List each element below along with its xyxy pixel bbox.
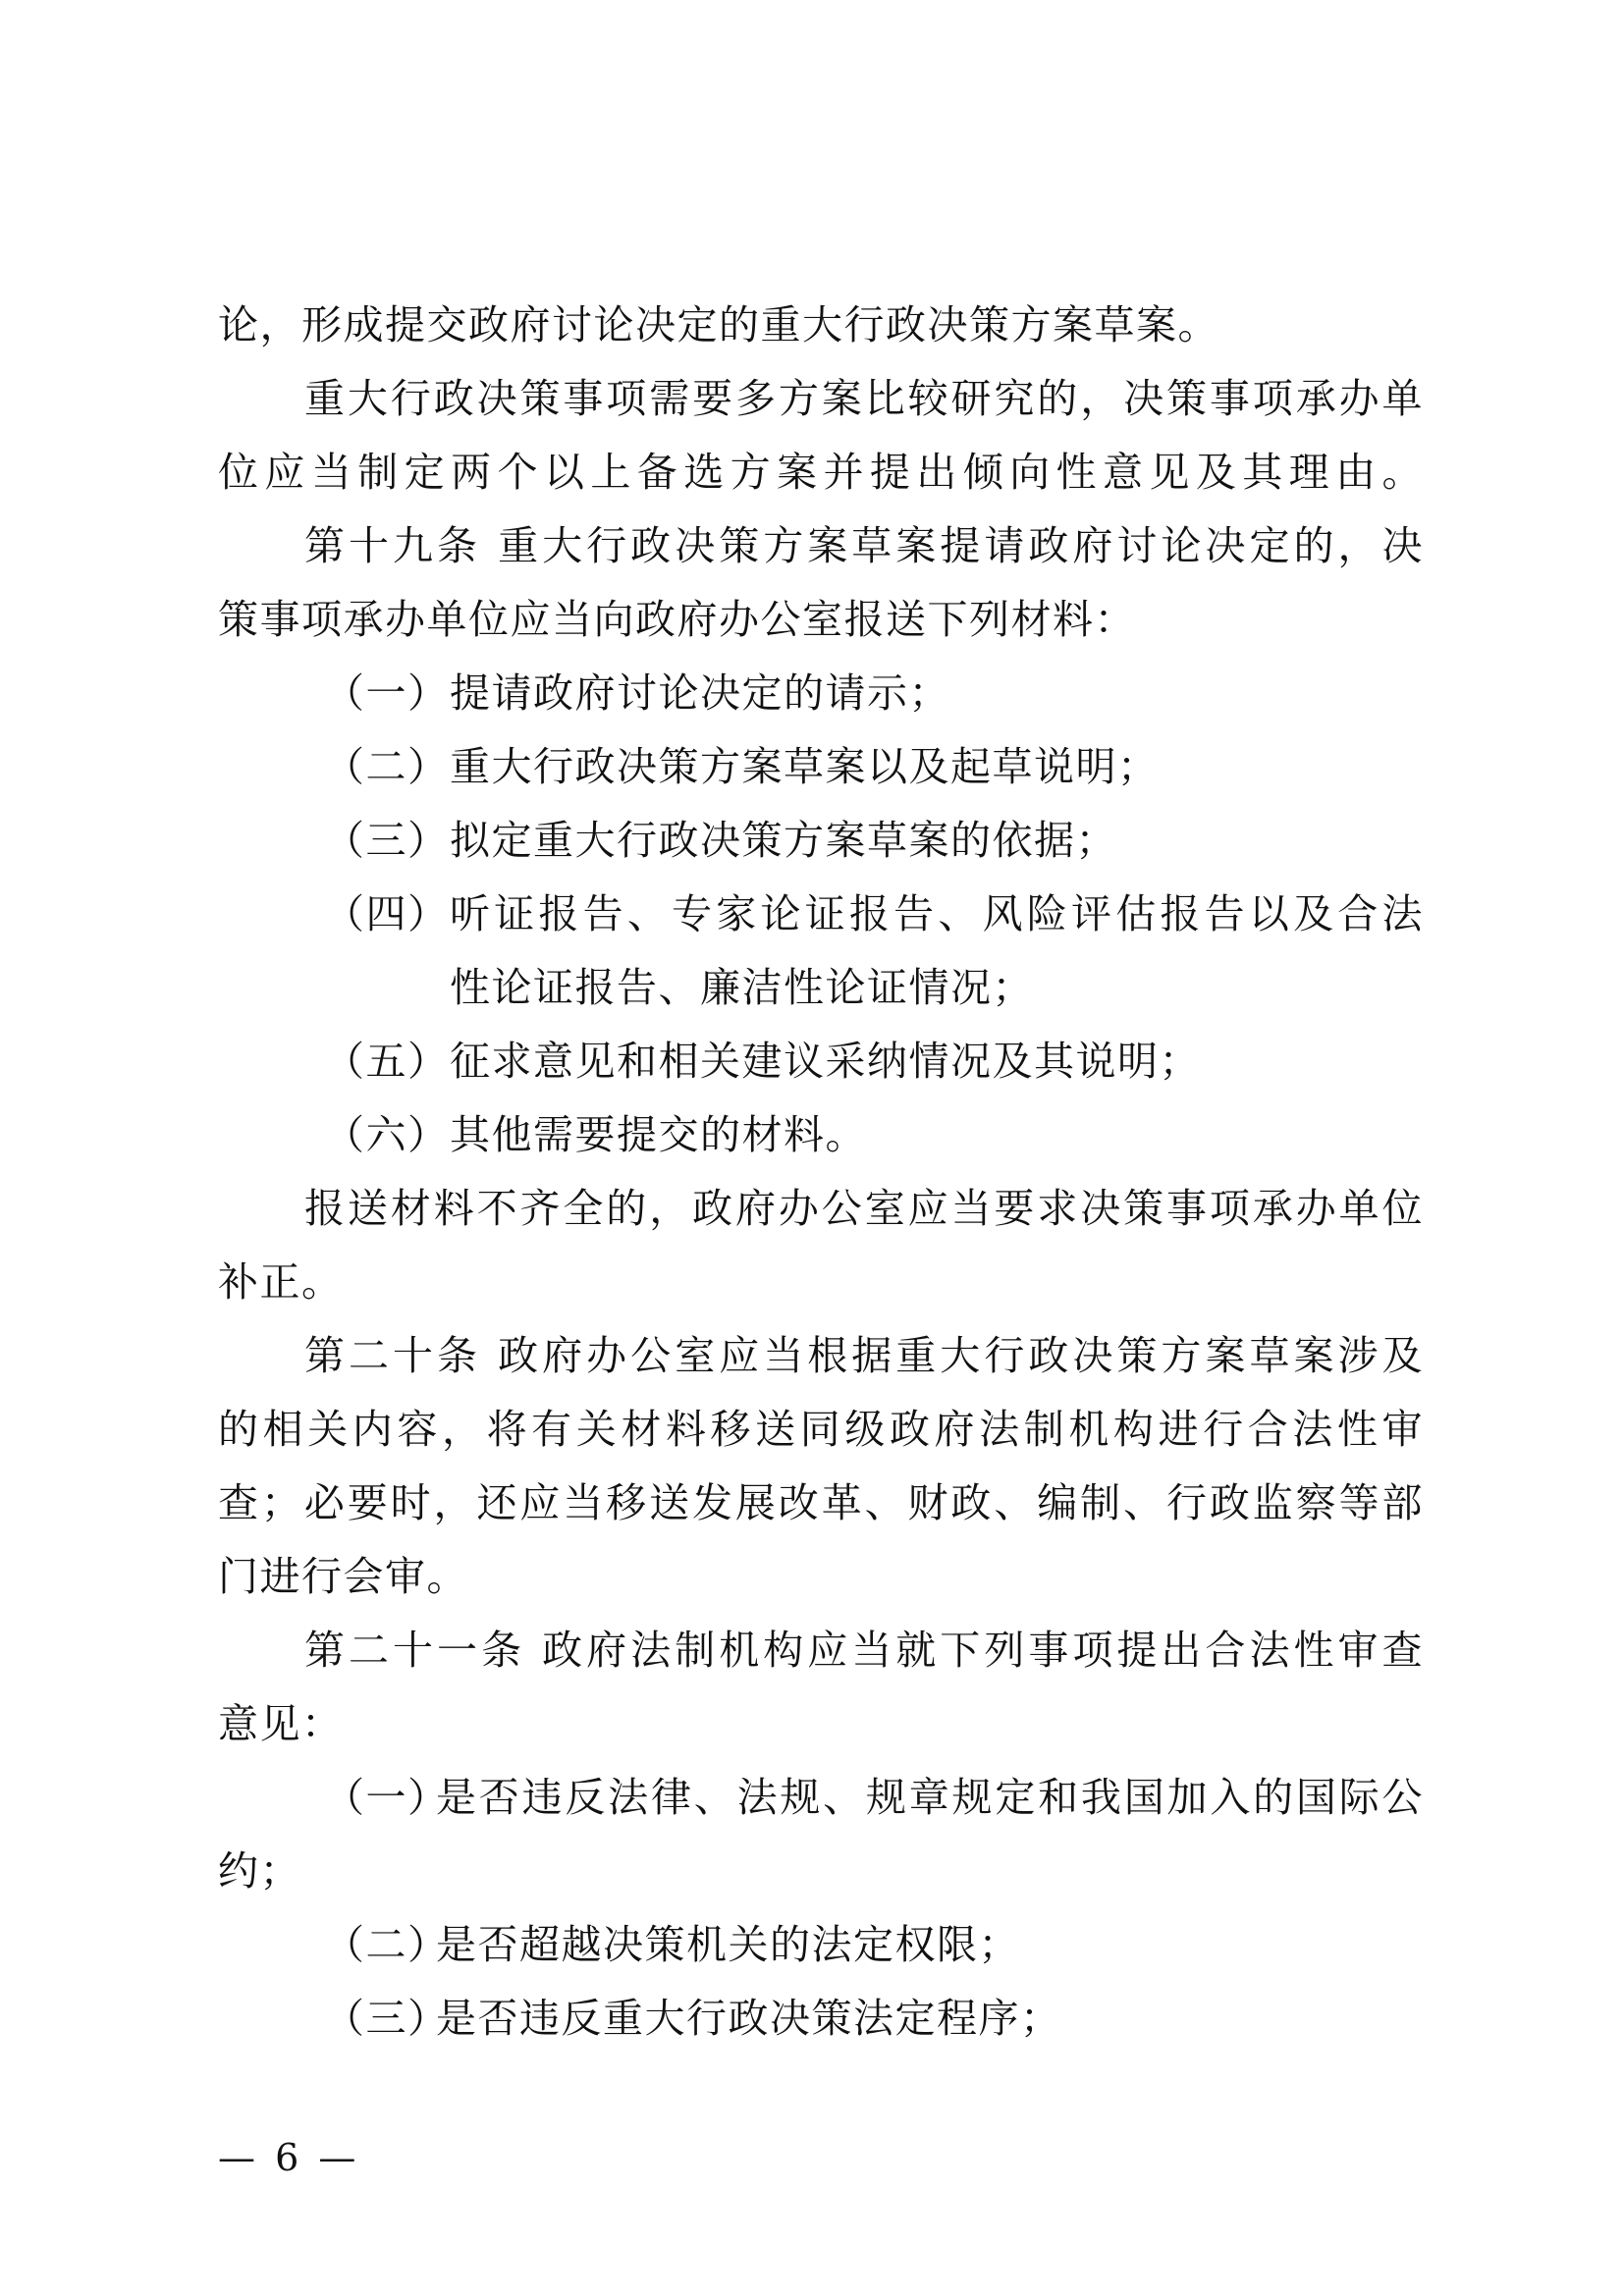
article-20-line-2: 的相关内容，将有关材料移送同级政府法制机构进行合法性审 — [218, 1400, 1424, 1459]
paragraph-multi-option-line-1: 重大行政决策事项需要多方案比较研究的，决策事项承办单 — [304, 369, 1424, 428]
item-text: 其他需要提交的材料。 — [450, 1105, 867, 1164]
item-text: 是否违反法律、法规、规章规定和我国加入的国际公 — [436, 1768, 1424, 1827]
article-20-line-1: 第二十条 政府办公室应当根据重大行政决策方案草案涉及 — [304, 1326, 1424, 1385]
item-text: 拟定重大行政决策方案草案的依据； — [450, 811, 1117, 870]
paragraph-incomplete-line-1: 报送材料不齐全的，政府办公室应当要求决策事项承办单位 — [304, 1179, 1424, 1238]
item-text: 是否超越决策机关的法定权限； — [436, 1915, 1020, 1974]
item-label: （五） — [324, 1032, 450, 1091]
item-text: 是否违反重大行政决策法定程序； — [436, 1989, 1062, 2048]
item-text: 征求意见和相关建议采纳情况及其说明； — [450, 1032, 1201, 1091]
document-page: 论，形成提交政府讨论决定的重大行政决策方案草案。 重大行政决策事项需要多方案比较… — [0, 0, 1623, 2296]
article-21-item-3: （三） 是否违反重大行政决策法定程序； — [218, 1989, 1424, 2048]
item-text: 重大行政决策方案草案以及起草说明； — [450, 737, 1160, 796]
article-20-line-3: 查；必要时，还应当移送发展改革、财政、编制、行政监察等部 — [218, 1473, 1424, 1532]
paragraph-continuation-line-1: 论，形成提交政府讨论决定的重大行政决策方案草案。 — [218, 295, 1424, 354]
item-label: （六） — [324, 1105, 450, 1164]
article-19-item-3: （三） 拟定重大行政决策方案草案的依据； — [218, 811, 1424, 870]
article-21-item-2: （二） 是否超越决策机关的法定权限； — [218, 1915, 1424, 1974]
page-number: — 6 — — [218, 2136, 359, 2179]
article-19-item-1: （一） 提请政府讨论决定的请示； — [218, 664, 1424, 722]
article-19-item-6: （六） 其他需要提交的材料。 — [218, 1105, 1424, 1164]
item-text: 性论证报告、廉洁性论证情况； — [450, 958, 1034, 1017]
article-19-item-4: （四） 听证报告、专家论证报告、风险评估报告以及合法 — [218, 884, 1424, 943]
paragraph-incomplete-line-2: 补正。 — [218, 1253, 1424, 1311]
article-19-item-4-continuation: 性论证报告、廉洁性论证情况； — [218, 958, 1424, 1017]
article-19-line-2: 策事项承办单位应当向政府办公室报送下列材料： — [218, 590, 1424, 649]
article-21-line-1: 第二十一条 政府法制机构应当就下列事项提出合法性审查 — [304, 1621, 1424, 1680]
item-label: （三） — [324, 1989, 450, 2048]
article-19-item-5: （五） 征求意见和相关建议采纳情况及其说明； — [218, 1032, 1424, 1091]
item-label: （三） — [324, 811, 450, 870]
paragraph-multi-option-line-2: 位应当制定两个以上备选方案并提出倾向性意见及其理由。 — [218, 443, 1424, 502]
article-19-item-2: （二） 重大行政决策方案草案以及起草说明； — [218, 737, 1424, 796]
article-21-line-2: 意见： — [218, 1694, 1424, 1753]
item-label: （四） — [324, 884, 450, 943]
article-21-item-1-continuation: 约； — [218, 1842, 1424, 1900]
article-19-line-1: 第十九条 重大行政决策方案草案提请政府讨论决定的，决 — [304, 516, 1424, 575]
article-20-line-4: 门进行会审。 — [218, 1547, 1424, 1606]
article-21-item-1: （一） 是否违反法律、法规、规章规定和我国加入的国际公 — [218, 1768, 1424, 1827]
item-text: 提请政府讨论决定的请示； — [450, 664, 950, 722]
item-text: 听证报告、专家论证报告、风险评估报告以及合法 — [450, 884, 1424, 943]
item-label: （一） — [324, 664, 450, 722]
item-label: （二） — [324, 737, 450, 796]
item-label: （二） — [324, 1915, 450, 1974]
item-label: （一） — [324, 1768, 450, 1827]
